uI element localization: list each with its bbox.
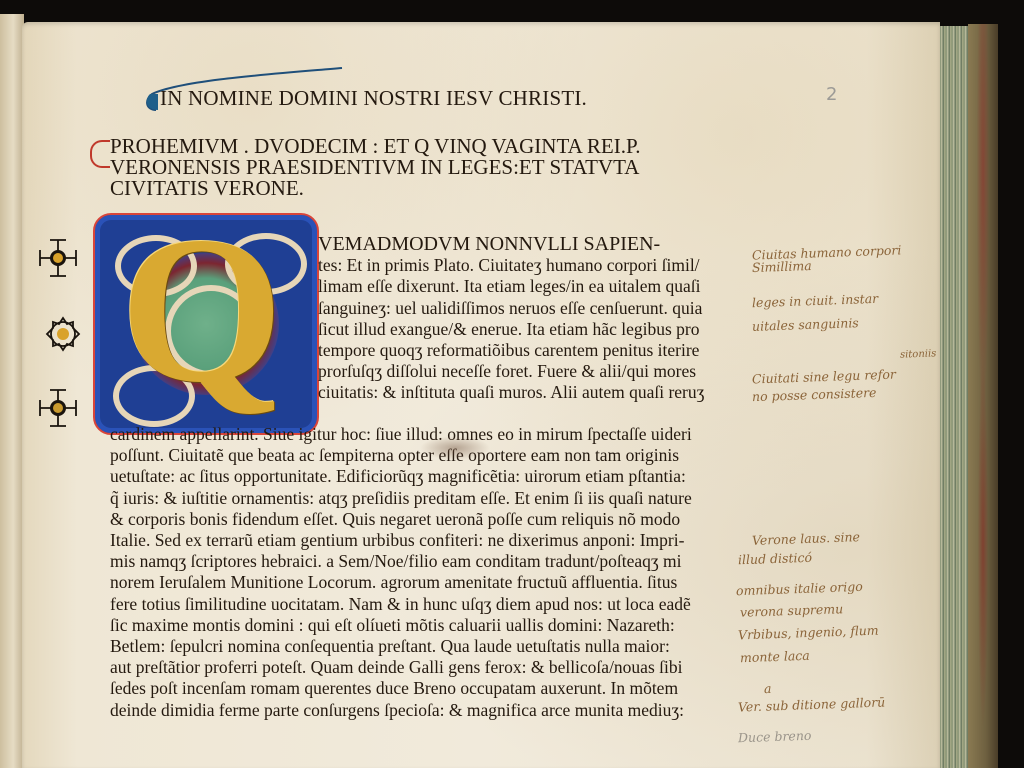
marginal-note: a bbox=[764, 682, 772, 696]
body-line: prorſuſqʒ diſſolui neceſſe foret. Fuere … bbox=[318, 361, 704, 382]
ink-stain bbox=[420, 436, 490, 460]
marginal-note: monte laca bbox=[740, 649, 810, 665]
body-line: cardinem appellarint. Siue igitur hoc: ſ… bbox=[110, 424, 692, 445]
body-line: fere totius ſimilitudine uocitatam. Nam … bbox=[110, 594, 692, 615]
body-line: ſic maxime montis domini : qui eſt olíue… bbox=[110, 615, 692, 636]
page-fore-edge bbox=[940, 26, 968, 768]
body-line: deinde dimidia ferme parte conſurgens ſp… bbox=[110, 700, 692, 721]
prohemium-title: PROHEMIVM . DVODECIM : ET Q VINQ VAGINTA… bbox=[110, 136, 750, 199]
gold-cross-ornament-icon bbox=[38, 238, 78, 278]
body-text-indented: VEMADMODVM NONNVLLI SAPIEN- tes: Et in p… bbox=[318, 234, 704, 404]
marginal-note: Duce breno bbox=[738, 729, 812, 746]
body-line: Betlem: ſepulcri nomina conſequentia pre… bbox=[110, 636, 692, 657]
body-line: VEMADMODVM NONNVLLI SAPIEN- bbox=[318, 234, 704, 255]
body-line: mis namqʒ ſcriptores hebraici. a Sem/Noe… bbox=[110, 551, 692, 572]
title-line: PROHEMIVM . DVODECIM : ET Q VINQ VAGINTA… bbox=[110, 136, 750, 157]
invocation-heading: IN NOMINE DOMINI NOSTRI IESV CHRISTI. bbox=[160, 86, 587, 111]
body-line: ſedes poſt incenſam romam querentes duce… bbox=[110, 678, 692, 699]
marginal-note: illud disticó bbox=[738, 551, 812, 568]
body-line: Italie. Sed ex terrarũ etiam gentium urb… bbox=[110, 530, 692, 551]
body-line: q̃ iuris: & iuſtitie ornamentis: atqʒ pr… bbox=[110, 488, 692, 509]
gold-initial-letter: Q bbox=[120, 205, 283, 415]
body-line: limam eſſe dixerunt. Ita etiam leges/in … bbox=[318, 276, 704, 297]
body-line: tempore quoqʒ reformatiõibus carentem pe… bbox=[318, 340, 704, 361]
gold-rosette-ornament-icon bbox=[45, 316, 81, 352]
body-line: uetuſtate: ac ſitus opportunitate. Edifi… bbox=[110, 466, 692, 487]
left-page-edge bbox=[0, 14, 24, 768]
marginal-note: Simillima bbox=[752, 259, 812, 275]
pencil-page-number: 2 bbox=[826, 84, 837, 105]
body-line: tes: Et in primis Plato. Ciuitateʒ human… bbox=[318, 255, 704, 276]
gold-cross-ornament-icon bbox=[38, 388, 78, 428]
red-paragraph-mark-icon bbox=[90, 140, 110, 168]
body-line: norem Ieruſalem Munitione Locorum. agror… bbox=[110, 572, 692, 593]
body-text-full-width: cardinem appellarint. Siue igitur hoc: ſ… bbox=[110, 424, 692, 721]
title-line: VERONENSIS PRAESIDENTIVM IN LEGES:ET STA… bbox=[110, 157, 750, 178]
body-line: ciuitatis: & inſtituta quaſi muros. Alii… bbox=[318, 382, 704, 403]
body-line: poſſunt. Ciuitatẽ que beata ac ſempitern… bbox=[110, 445, 692, 466]
body-line: ſicut illud exangue/& enerue. Ita etiam … bbox=[318, 319, 704, 340]
marginal-note: sitoniis bbox=[900, 347, 937, 362]
book-cover-board bbox=[968, 24, 998, 768]
body-line: aut preſtãtior proferri poteſt. Quam dei… bbox=[110, 657, 692, 678]
body-line: ſanguineʒ: uel ualidiſſimos neruos eſſe … bbox=[318, 298, 704, 319]
body-line: & corporis bonis fidendum eſſet. Quis ne… bbox=[110, 509, 692, 530]
